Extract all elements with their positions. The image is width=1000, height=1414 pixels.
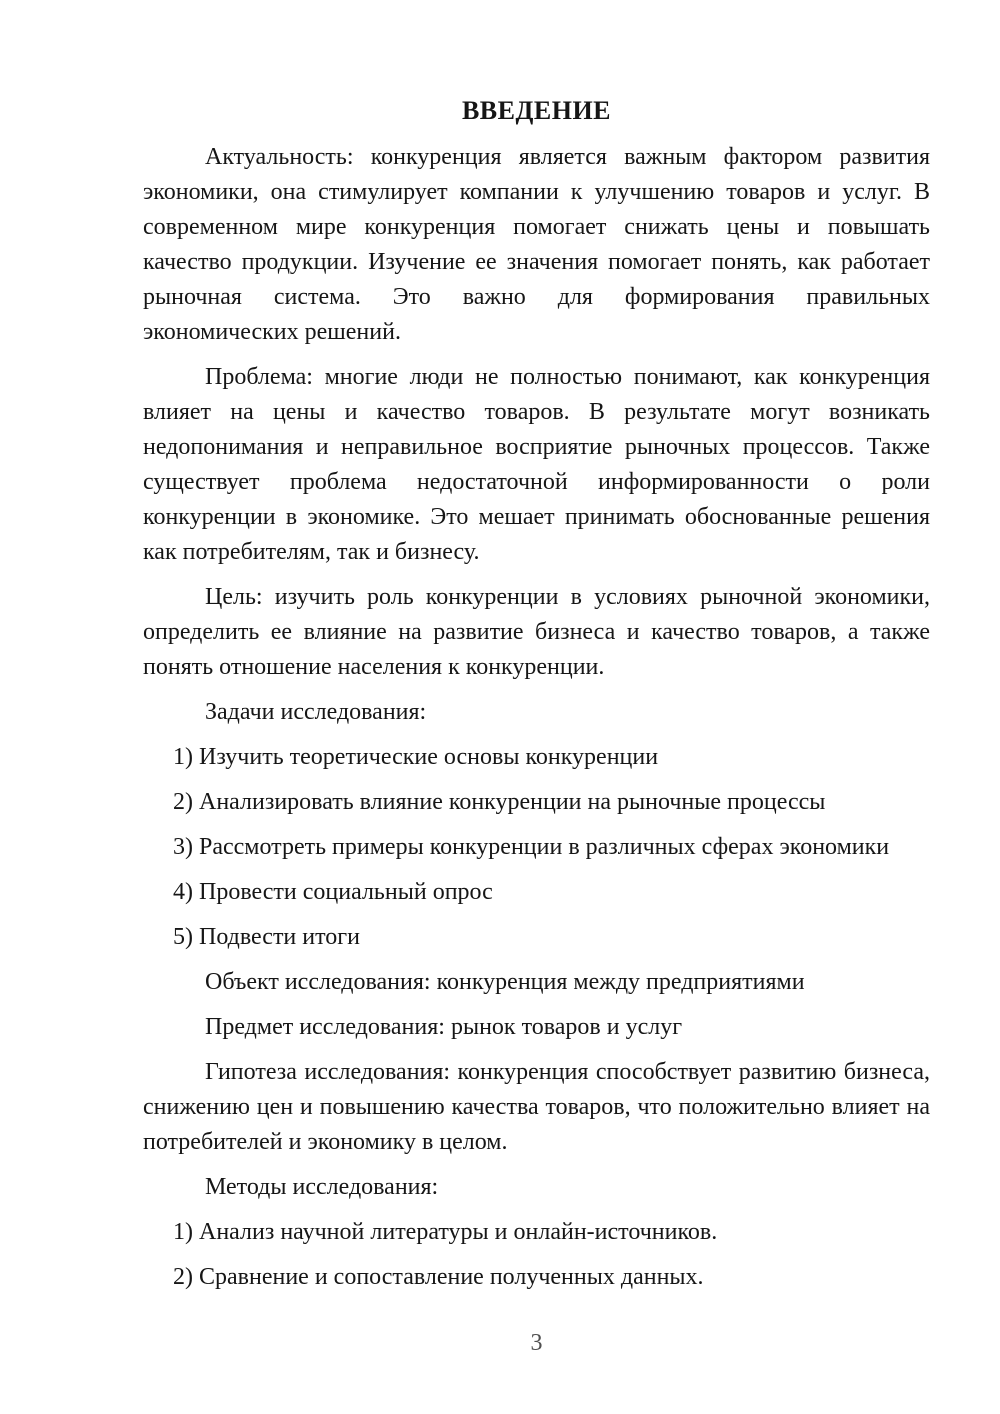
paragraph: Гипотеза исследования: конкуренция спосо… [143, 1055, 930, 1160]
paragraph: Предмет исследования: рынок товаров и ус… [143, 1010, 930, 1045]
paragraph: Цель: изучить роль конкуренции в условия… [143, 580, 930, 685]
list-item: 5) Подвести итоги [143, 920, 930, 955]
document-content: ВВЕДЕНИЕ Актуальность: конкуренция являе… [143, 93, 930, 1305]
list-item: 2) Сравнение и сопоставление полученных … [143, 1260, 930, 1295]
list-item: 1) Изучить теоретические основы конкурен… [143, 740, 930, 775]
list-item: 4) Провести социальный опрос [143, 875, 930, 910]
document-body: Актуальность: конкуренция является важны… [143, 140, 930, 1295]
paragraph: Методы исследования: [143, 1170, 930, 1205]
paragraph: Проблема: многие люди не полностью поним… [143, 360, 930, 570]
page-title: ВВЕДЕНИЕ [143, 93, 930, 128]
paragraph: Задачи исследования: [143, 695, 930, 730]
page-number: 3 [143, 1326, 930, 1361]
list-item: 2) Анализировать влияние конкуренции на … [143, 785, 930, 820]
paragraph: Объект исследования: конкуренция между п… [143, 965, 930, 1000]
list-item: 1) Анализ научной литературы и онлайн-ис… [143, 1215, 930, 1250]
document-page: ВВЕДЕНИЕ Актуальность: конкуренция являе… [0, 0, 1000, 1414]
list-item: 3) Рассмотреть примеры конкуренции в раз… [143, 830, 930, 865]
paragraph: Актуальность: конкуренция является важны… [143, 140, 930, 350]
